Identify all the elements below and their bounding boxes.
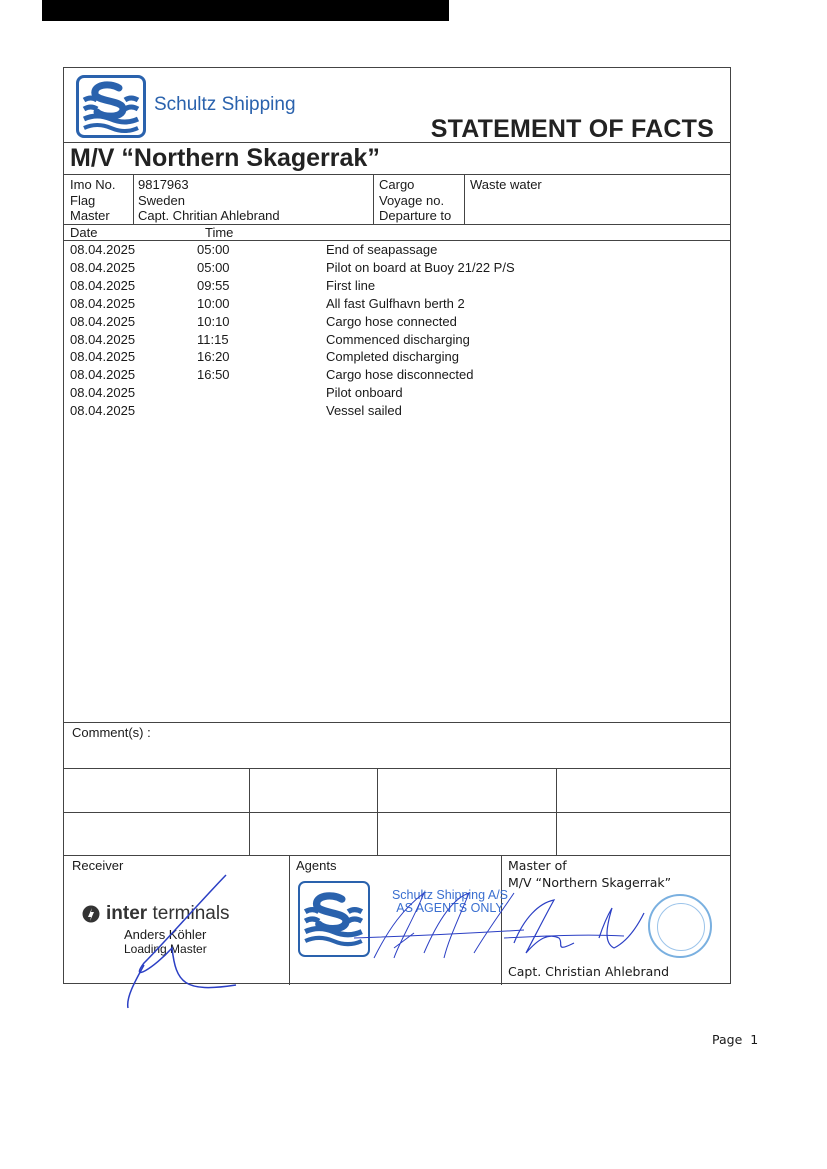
log-row: 08.04.202516:50Cargo hose disconnected — [64, 366, 730, 384]
log-date: 08.04.2025 — [70, 242, 135, 257]
receiver-name: Anders Köhler — [124, 927, 206, 942]
log-row: 08.04.202510:10Cargo hose connected — [64, 313, 730, 331]
receiver-company: inter terminals — [106, 903, 230, 925]
log-event: Completed discharging — [326, 349, 459, 364]
master-value: Capt. Chritian Ahlebrand — [138, 208, 280, 224]
voyage-labels: CargoVoyage no.Departure to — [379, 177, 451, 224]
log-row: 08.04.2025Pilot onboard — [64, 384, 730, 402]
log-event: Commenced discharging — [326, 332, 470, 347]
log-event: Cargo hose connected — [326, 314, 457, 329]
log-event: First line — [326, 278, 375, 293]
log-event: Vessel sailed — [326, 403, 402, 418]
master-signature — [504, 898, 654, 958]
log-date: 08.04.2025 — [70, 278, 135, 293]
time-header: Time — [205, 225, 233, 241]
redaction-bar — [42, 0, 449, 21]
log-event: Pilot on board at Buoy 21/22 P/S — [326, 260, 515, 275]
log-date: 08.04.2025 — [70, 296, 135, 311]
interterminals-logo-icon — [82, 905, 100, 923]
agents-logo-icon — [298, 881, 370, 957]
master-label: Master ofM/V “Northern Skagerrak” — [508, 857, 671, 891]
log-date: 08.04.2025 — [70, 403, 135, 418]
particulars-values: 9817963SwedenCapt. Chritian Ahlebrand — [138, 177, 280, 224]
log-event: Cargo hose disconnected — [326, 367, 473, 382]
vessel-name: M/V “Northern Skagerrak” — [70, 144, 380, 173]
log-time: 10:00 — [197, 296, 230, 311]
flag-value: Sweden — [138, 193, 280, 209]
agents-stamp-text: Schultz Shipping A/SAS AGENTS ONLY — [380, 889, 520, 915]
log-row: 08.04.202511:15Commenced discharging — [64, 331, 730, 349]
log-time: 05:00 — [197, 242, 230, 257]
log-row: 08.04.202505:00End of seapassage — [64, 241, 730, 259]
agents-label: Agents — [296, 858, 336, 874]
master-name: Capt. Christian Ahlebrand — [508, 964, 669, 980]
divider — [64, 174, 730, 175]
log-row: 08.04.202516:20Completed discharging — [64, 348, 730, 366]
cargo-value: Waste water — [470, 177, 542, 193]
schultz-logo-icon — [76, 75, 146, 138]
comments-label: Comment(s) : — [72, 725, 151, 741]
receiver-label: Receiver — [72, 858, 123, 874]
log-time: 16:50 — [197, 367, 230, 382]
log-time: 11:15 — [197, 332, 229, 347]
log-date: 08.04.2025 — [70, 367, 135, 382]
log-row: 08.04.202509:55First line — [64, 277, 730, 295]
company-name: Schultz Shipping — [154, 94, 296, 116]
log-event: Pilot onboard — [326, 385, 403, 400]
log-row: 08.04.2025Vessel sailed — [64, 402, 730, 420]
log-row: 08.04.202505:00Pilot on board at Buoy 21… — [64, 259, 730, 277]
log-event: All fast Gulfhavn berth 2 — [326, 296, 465, 311]
divider — [64, 142, 730, 143]
statement-of-facts-form: Schultz Shipping STATEMENT OF FACTS M/V … — [63, 67, 731, 984]
log-date: 08.04.2025 — [70, 349, 135, 364]
vessel-seal-icon — [648, 894, 712, 958]
log-time: 09:55 — [197, 278, 230, 293]
page-number: Page 1 — [712, 1032, 758, 1047]
log-date: 08.04.2025 — [70, 260, 135, 275]
log-row: 08.04.202510:00All fast Gulfhavn berth 2 — [64, 295, 730, 313]
log-time: 10:10 — [197, 314, 230, 329]
imo-value: 9817963 — [138, 177, 280, 193]
log-time: 05:00 — [197, 260, 230, 275]
date-header: Date — [70, 225, 97, 241]
log-date: 08.04.2025 — [70, 385, 135, 400]
document-title: STATEMENT OF FACTS — [431, 115, 714, 144]
particulars-labels: Imo No.FlagMaster — [70, 177, 116, 224]
log-time: 16:20 — [197, 349, 230, 364]
log-event: End of seapassage — [326, 242, 437, 257]
log-date: 08.04.2025 — [70, 332, 135, 347]
log-date: 08.04.2025 — [70, 314, 135, 329]
receiver-role: Loading Master — [124, 942, 207, 956]
